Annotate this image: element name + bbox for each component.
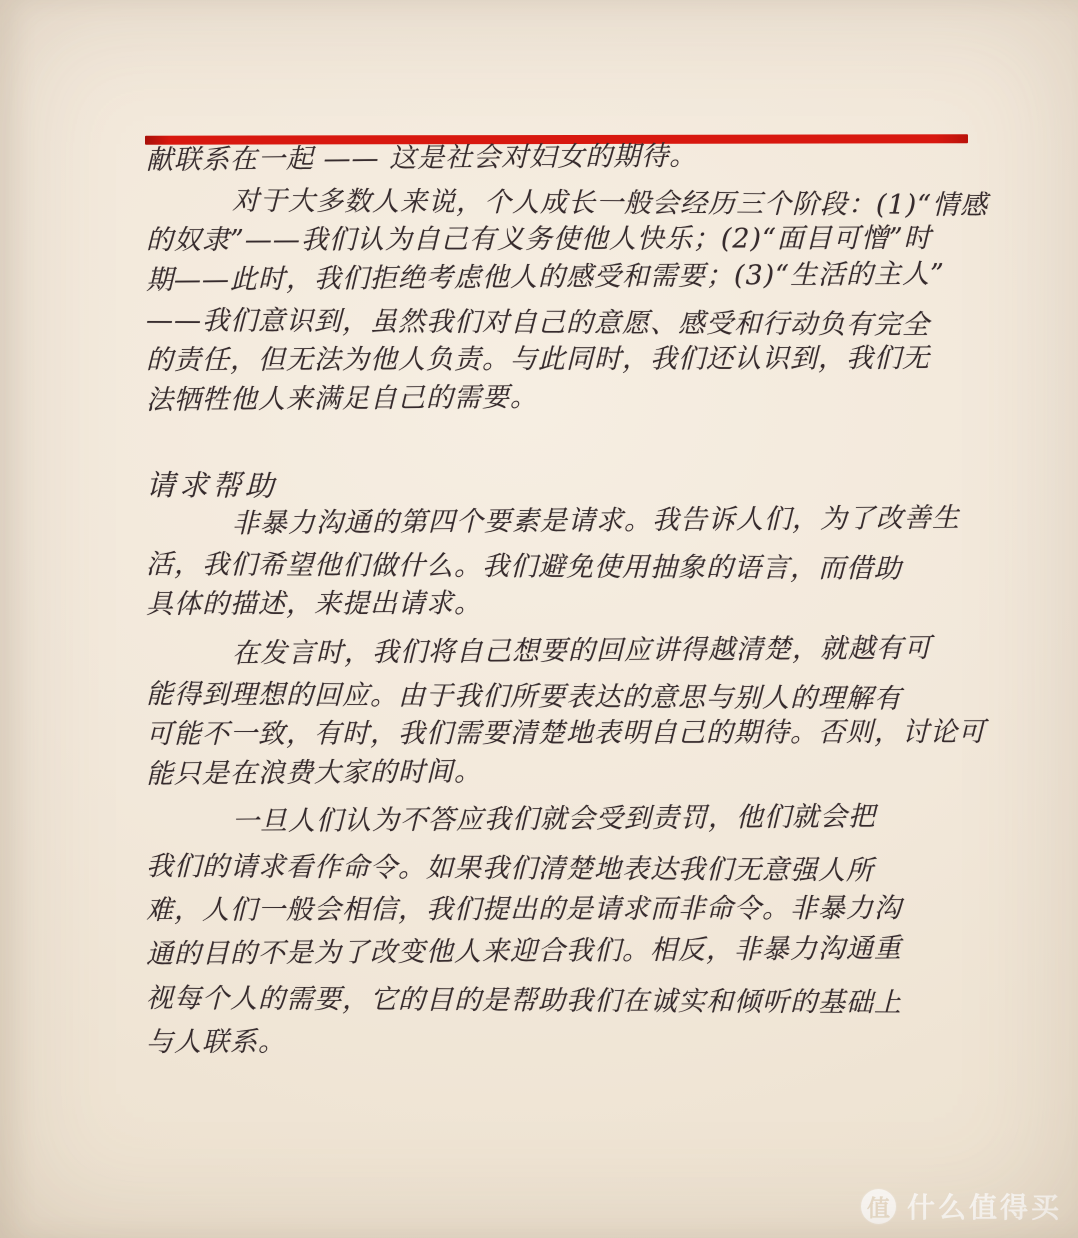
paragraph-clear-requests: 在发言时，我们将自己想要的回应讲得越清楚，就越有可 能得到理想的回应。由于我们所…: [146, 635, 1006, 795]
handwritten-line: 期——此时，我们拒绝考虑他人的感受和需要；(3)“生活的主人”: [146, 254, 1006, 301]
smzdm-watermark: 值 什么值得买: [861, 1186, 1062, 1226]
smzdm-badge-icon: 值: [861, 1189, 896, 1224]
handwritten-line: 一旦人们认为不答应我们就会受到责罚，他们就会把: [146, 794, 1006, 845]
paragraph-stages-of-growth: 献联系在一起 —— 这是社会对妇女的期待。 对于大多数人来说，个人成长一般会经历…: [146, 141, 1006, 421]
photo-page: 献联系在一起 —— 这是社会对妇女的期待。 对于大多数人来说，个人成长一般会经历…: [0, 0, 1078, 1238]
handwritten-line: 具体的描述，来提出请求。: [146, 583, 1006, 625]
handwritten-line: 能只是在浪费大家的时间。: [146, 748, 1006, 795]
handwritten-line: 非暴力沟通的第四个要素是请求。我告诉人们，为了改善生: [146, 498, 1006, 545]
handwritten-text: 献联系在一起 —— 这是社会对妇女的期待。 对于大多数人来说，个人成长一般会经历…: [146, 141, 1006, 1065]
paragraph-fourth-element-request: 非暴力沟通的第四个要素是请求。我告诉人们，为了改善生 活，我们希望他们做什么。我…: [146, 505, 1006, 625]
paragraph-request-vs-command: 一旦人们认为不答应我们就会受到责罚，他们就会把 我们的请求看作命令。如果我们清楚…: [146, 801, 1006, 1065]
handwritten-line: 通的目的不是为了改变他人来迎合我们。相反，非暴力沟通重: [146, 926, 1006, 977]
handwritten-line: 与人联系。: [146, 1019, 1006, 1065]
handwritten-line: 在发言时，我们将自己想要的回应讲得越清楚，就越有可: [146, 628, 1006, 675]
handwritten-line: 法牺牲他人来满足自己的需要。: [146, 374, 1006, 421]
watermark-text: 什么值得买: [907, 1186, 1062, 1226]
handwritten-line: 献联系在一起 —— 这是社会对妇女的期待。: [146, 134, 1006, 181]
handwritten-line: 难，人们一般会相信，我们提出的是请求而非命令。非暴力沟: [146, 887, 1006, 933]
